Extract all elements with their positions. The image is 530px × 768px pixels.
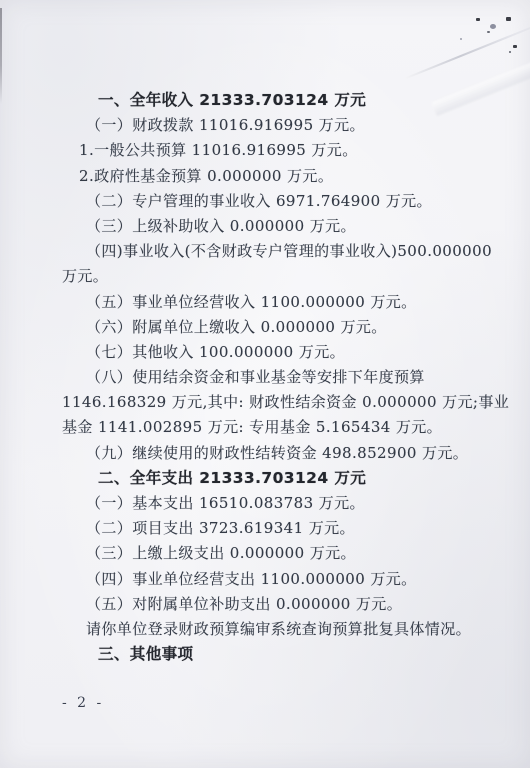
doc-line: （一）基本支出 16510.083783 万元。 bbox=[62, 491, 472, 516]
doc-line: （六）附属单位上缴收入 0.000000 万元。 bbox=[62, 315, 472, 340]
doc-line: （四）事业单位经营支出 1100.000000 万元。 bbox=[62, 567, 472, 592]
doc-line: 万元。 bbox=[62, 264, 472, 289]
document-body: 一、全年收入 21333.703124 万元 （一）财政拨款 11016.916… bbox=[62, 88, 472, 667]
scan-speck bbox=[509, 51, 511, 53]
section-heading-other: 三、其他事项 bbox=[62, 642, 472, 667]
scan-edge-shadow bbox=[0, 8, 2, 104]
section-heading-expense: 二、全年支出 21333.703124 万元 bbox=[62, 466, 472, 491]
scan-speck bbox=[506, 17, 511, 21]
doc-line: （一）财政拨款 11016.916995 万元。 bbox=[62, 113, 472, 138]
doc-line: （八）使用结余资金和事业基金等安排下年度预算 bbox=[62, 365, 472, 390]
doc-line: 2.政府性基金预算 0.000000 万元。 bbox=[62, 164, 472, 189]
scan-speck bbox=[476, 18, 480, 21]
section-heading-income: 一、全年收入 21333.703124 万元 bbox=[62, 88, 472, 113]
scan-speck bbox=[513, 45, 517, 48]
doc-line: （三）上缴上级支出 0.000000 万元。 bbox=[62, 541, 472, 566]
doc-line: （七）其他收入 100.000000 万元。 bbox=[62, 340, 472, 365]
doc-line: （五）事业单位经营收入 1100.000000 万元。 bbox=[62, 290, 472, 315]
doc-line: （二）项目支出 3723.619341 万元。 bbox=[62, 516, 472, 541]
scan-speck bbox=[460, 38, 462, 40]
doc-line: （五）对附属单位补助支出 0.000000 万元。 bbox=[62, 592, 472, 617]
doc-line: （二）专户管理的事业收入 6971.764900 万元。 bbox=[62, 189, 472, 214]
doc-line: （四)事业收入(不含财政专户管理的事业收入)500.000000 bbox=[62, 239, 472, 264]
doc-line: 基金 1141.002895 万元: 专用基金 5.165434 万元。 bbox=[62, 415, 472, 440]
scan-speck bbox=[490, 24, 496, 29]
doc-line: （三）上级补助收入 0.000000 万元。 bbox=[62, 214, 472, 239]
scan-speck bbox=[487, 31, 490, 33]
doc-line: 1.一般公共预算 11016.916995 万元。 bbox=[62, 138, 472, 163]
doc-line: 请你单位登录财政预算编审系统查询预算批复具体情况。 bbox=[62, 617, 472, 642]
doc-line: 1146.168329 万元,其中: 财政性结余资金 0.000000 万元;事… bbox=[62, 390, 472, 415]
doc-line: （九）继续使用的财政性结转资金 498.852900 万元。 bbox=[62, 441, 472, 466]
page-number: - 2 - bbox=[62, 693, 104, 713]
